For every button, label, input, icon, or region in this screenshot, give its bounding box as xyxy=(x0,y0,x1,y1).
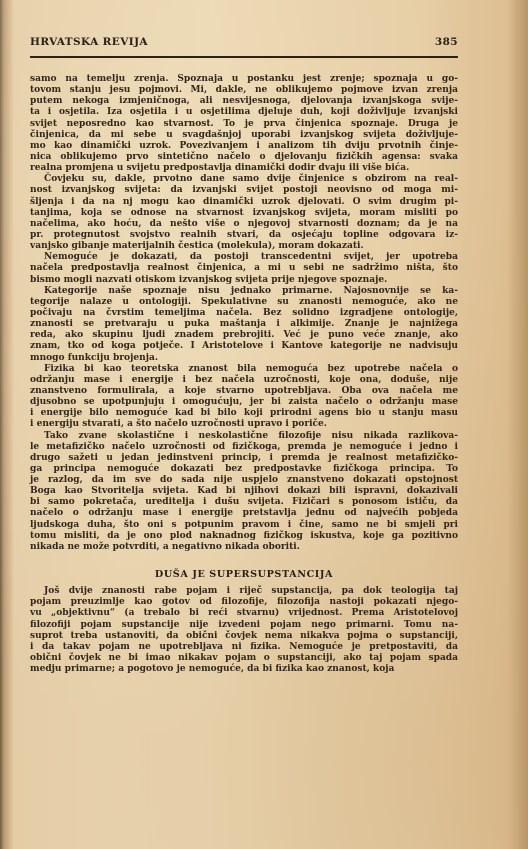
text-line: nikada ne može potvrditi, a negativno ni… xyxy=(30,542,458,553)
text-line: djusobno se upotpunjuju i omogućuju, jer… xyxy=(30,397,458,408)
text-line: znam, tko od koga potječe. I Aristotelov… xyxy=(30,341,458,352)
paragraph: Nemoguće je dokazati, da postoji transce… xyxy=(30,252,458,285)
text-line: šljenja i da na nj mogu kao dinamički uz… xyxy=(30,197,458,208)
text-line: le metafizičko načelo uzročnosti od fizi… xyxy=(30,442,458,453)
text-line: tovom stanju jesu pojmovi. Mi, dakle, ne… xyxy=(30,85,458,96)
paragraph: Tako zvane skolastične i neskolastične f… xyxy=(30,431,458,554)
body-text: samo na temelju zrenja. Spoznaja u posta… xyxy=(30,74,458,675)
text-line: načelima, ako hoću, da nešto više o njeg… xyxy=(30,219,458,230)
text-line: bismo mogli nazvati otiskom izvanjskog s… xyxy=(30,275,458,286)
text-line: je razlog, da im sve do sada nije uspjel… xyxy=(30,475,458,486)
text-line: tomu misliti, da je ono plod naknadnog f… xyxy=(30,531,458,542)
text-line: tegorije nalaze u ontologiji. Spekulativ… xyxy=(30,297,458,308)
text-line: suprot treba ustanoviti, da obični čovje… xyxy=(30,631,458,642)
paragraph: Još dvije znanosti rabe pojam i riječ su… xyxy=(30,586,458,675)
text-line: mnogo funkciju brojenja. xyxy=(30,353,458,364)
text-line: i da takav pojam ne upotrebljava ni fizi… xyxy=(30,642,458,653)
text-line: održanju mase i energije i bez načela uz… xyxy=(30,375,458,386)
text-line: pr. protegnutost svojstvo realnih stvari… xyxy=(30,230,458,241)
text-line: bi samo pokretača, ureditelja i dušu svi… xyxy=(30,497,458,508)
text-line: ga principa nemoguće dokazati bez predpo… xyxy=(30,464,458,475)
text-line: Čovjeku su, dakle, prvotno dane samo dvi… xyxy=(30,174,458,185)
text-line: mo kao dinamički uzrok. Povezivanjem i a… xyxy=(30,141,458,152)
text-line: obični čovjek ne bi imao nikakav pojam o… xyxy=(30,653,458,664)
paragraph: Čovjeku su, dakle, prvotno dane samo dvi… xyxy=(30,174,458,252)
paragraph: samo na temelju zrenja. Spoznaja u posta… xyxy=(30,74,458,174)
text-line: Tako zvane skolastične i neskolastične f… xyxy=(30,431,458,442)
paragraph: Fizika bi kao teoretska znanost bila nem… xyxy=(30,364,458,431)
text-line: realna promjena u svijetu predpostavlja … xyxy=(30,163,458,174)
text-line: počivaju na čvrstim temeljima načela. Be… xyxy=(30,308,458,319)
text-line: tanjima, koja se odnose na stvarnost izv… xyxy=(30,208,458,219)
text-line: činjenica, da mi sebe u svagdašnjoj upor… xyxy=(30,130,458,141)
text-line: drugo sažeti u jedan jedinstveni princip… xyxy=(30,453,458,464)
text-line: načelo o održanju mase i energije pretst… xyxy=(30,508,458,519)
text-line: medju primarne; a pogotovo je nemoguće, … xyxy=(30,664,458,675)
text-line: nost izvanjskog svijeta: da izvanjski sv… xyxy=(30,185,458,196)
scanned-book-page: HRVATSKA REVIJA 385 samo na temelju zren… xyxy=(0,0,528,849)
section-heading: DUŠA JE SUPERSUPSTANCIJA xyxy=(30,569,458,580)
text-line: reda, ako skupinu ljudi znadem prebrojit… xyxy=(30,330,458,341)
text-line: Kategorije naše spoznaje nisu jednako pr… xyxy=(30,286,458,297)
page-number: 385 xyxy=(435,36,458,48)
text-line: putem nekoga izmjeničnoga, ali nesvijesn… xyxy=(30,96,458,107)
text-line: vanjsko gibanje materijalnih čestica (mo… xyxy=(30,241,458,252)
text-line: znanstveno formulirala, a koje stvarno u… xyxy=(30,386,458,397)
text-line: i energije bilo nemoguće kad bi bilo koj… xyxy=(30,408,458,419)
text-line: Nemoguće je dokazati, da postoji transce… xyxy=(30,252,458,263)
text-line: pojam preuzimlje kao gotov od filozofije… xyxy=(30,597,458,608)
text-line: samo na temelju zrenja. Spoznaja u posta… xyxy=(30,74,458,85)
text-line: ta i osjetila. Iza osjetila i u osjetili… xyxy=(30,107,458,118)
text-line: svijet neposredno kao stvarnost. To je p… xyxy=(30,119,458,130)
text-line: ljudskoga duha, što oni s potpunim pravo… xyxy=(30,520,458,531)
text-line: Boga kao Stvoritelja svijeta. Kad bi nji… xyxy=(30,486,458,497)
text-line: Fizika bi kao teoretska znanost bila nem… xyxy=(30,364,458,375)
text-line: filozofiji pojam supstancije nije izvede… xyxy=(30,620,458,631)
text-line: načela predpostavlja realnost činjenica,… xyxy=(30,263,458,274)
text-line: nica oblikujemo prvo sintetično načelo o… xyxy=(30,152,458,163)
running-header: HRVATSKA REVIJA 385 xyxy=(30,36,458,48)
running-title: HRVATSKA REVIJA xyxy=(30,36,148,48)
text-line: Još dvije znanosti rabe pojam i riječ su… xyxy=(30,586,458,597)
header-rule xyxy=(30,56,458,58)
text-line: i energiju stvarati, a što načelo uzročn… xyxy=(30,419,458,430)
paragraph: Kategorije naše spoznaje nisu jednako pr… xyxy=(30,286,458,364)
text-line: znanosti se pretvaraju u puka maštanja i… xyxy=(30,319,458,330)
text-line: vu „objektivnu“ (a trebalo bi reći stvar… xyxy=(30,608,458,619)
